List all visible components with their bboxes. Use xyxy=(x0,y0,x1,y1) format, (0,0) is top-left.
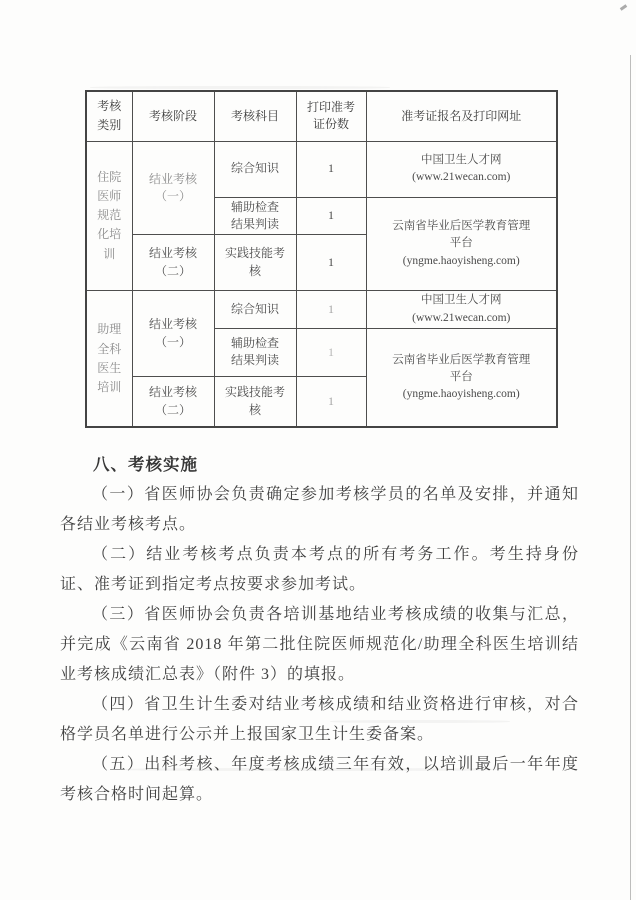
scan-smudge xyxy=(90,86,390,89)
header-exam-subject: 考核科目 xyxy=(214,91,296,141)
cell-copies: 1 xyxy=(296,141,366,197)
cell-subject-practical: 实践技能考核 xyxy=(214,376,296,427)
cell-copies: 1 xyxy=(296,328,366,376)
cell-site-21wecan: 中国卫生人才网 (www.21wecan.com) xyxy=(366,291,557,329)
header-ticket-copies: 打印准考证份数 xyxy=(296,91,366,141)
document-body: 八、考核实施 （一）省医师协会负责确定参加考核学员的名单及安排，并通知各结业考核… xyxy=(60,450,579,810)
table-row: 住院医师规范化培训 结业考核（一） 综合知识 1 中国卫生人才网 (www.21… xyxy=(86,141,557,197)
table-row: 助理全科医生培训 结业考核（一） 综合知识 1 中国卫生人才网 (www.21w… xyxy=(86,291,557,329)
header-exam-category: 考核类别 xyxy=(86,91,132,141)
scan-edge-artifact xyxy=(630,55,631,900)
cell-stage-final-exam-1: 结业考核（一） xyxy=(132,291,214,377)
paragraph-1: （一）省医师协会负责确定参加考核学员的名单及安排，并通知各结业考核考点。 xyxy=(60,480,579,540)
cell-subject-auxiliary: 辅助检查结果判读 xyxy=(214,197,296,235)
exam-schedule-table: 考核类别 考核阶段 考核科目 打印准考证份数 准考证报名及打印网址 住院医师规范… xyxy=(85,90,558,428)
cell-subject-comprehensive: 综合知识 xyxy=(214,141,296,197)
cell-copies: 1 xyxy=(296,197,366,235)
scan-corner-artifact xyxy=(620,4,627,10)
paragraph-3: （三）省医师协会负责各培训基地结业考核成绩的收集与汇总，并完成《云南省 2018… xyxy=(60,600,579,690)
paragraph-4: （四）省卫生计生委对结业考核成绩和结业资格进行审核，对合格学员名单进行公示并上报… xyxy=(60,690,579,750)
cell-site-21wecan: 中国卫生人才网 (www.21wecan.com) xyxy=(366,141,557,197)
cell-copies: 1 xyxy=(296,291,366,329)
cell-subject-comprehensive: 综合知识 xyxy=(214,291,296,329)
cell-site-yngme: 云南省毕业后医学教育管理 平台 (yngme.haoyisheng.com) xyxy=(366,197,557,291)
cell-stage-final-exam-1: 结业考核（一） xyxy=(132,141,214,235)
cell-category-assistant-gp: 助理全科医生培训 xyxy=(86,291,132,428)
paragraph-2: （二）结业考核考点负责本考点的所有考务工作。考生持身份证、准考证到指定考点按要求… xyxy=(60,540,579,600)
header-exam-stage: 考核阶段 xyxy=(132,91,214,141)
cell-stage-final-exam-2: 结业考核（二） xyxy=(132,235,214,291)
cell-subject-practical: 实践技能考核 xyxy=(214,235,296,291)
paragraph-5: （五）出科考核、年度考核成绩三年有效，以培训最后一年年度考核合格时间起算。 xyxy=(60,750,579,810)
cell-copies: 1 xyxy=(296,376,366,427)
section-heading: 八、考核实施 xyxy=(60,450,579,480)
cell-site-yngme: 云南省毕业后医学教育管理 平台 (yngme.haoyisheng.com) xyxy=(366,328,557,427)
header-ticket-website: 准考证报名及打印网址 xyxy=(366,91,557,141)
table-header-row: 考核类别 考核阶段 考核科目 打印准考证份数 准考证报名及打印网址 xyxy=(86,91,557,141)
cell-category-residency: 住院医师规范化培训 xyxy=(86,141,132,291)
cell-subject-auxiliary: 辅助检查结果判读 xyxy=(214,328,296,376)
cell-stage-final-exam-2: 结业考核（二） xyxy=(132,376,214,427)
cell-copies: 1 xyxy=(296,235,366,291)
scanned-document-page: 考核类别 考核阶段 考核科目 打印准考证份数 准考证报名及打印网址 住院医师规范… xyxy=(0,0,636,900)
